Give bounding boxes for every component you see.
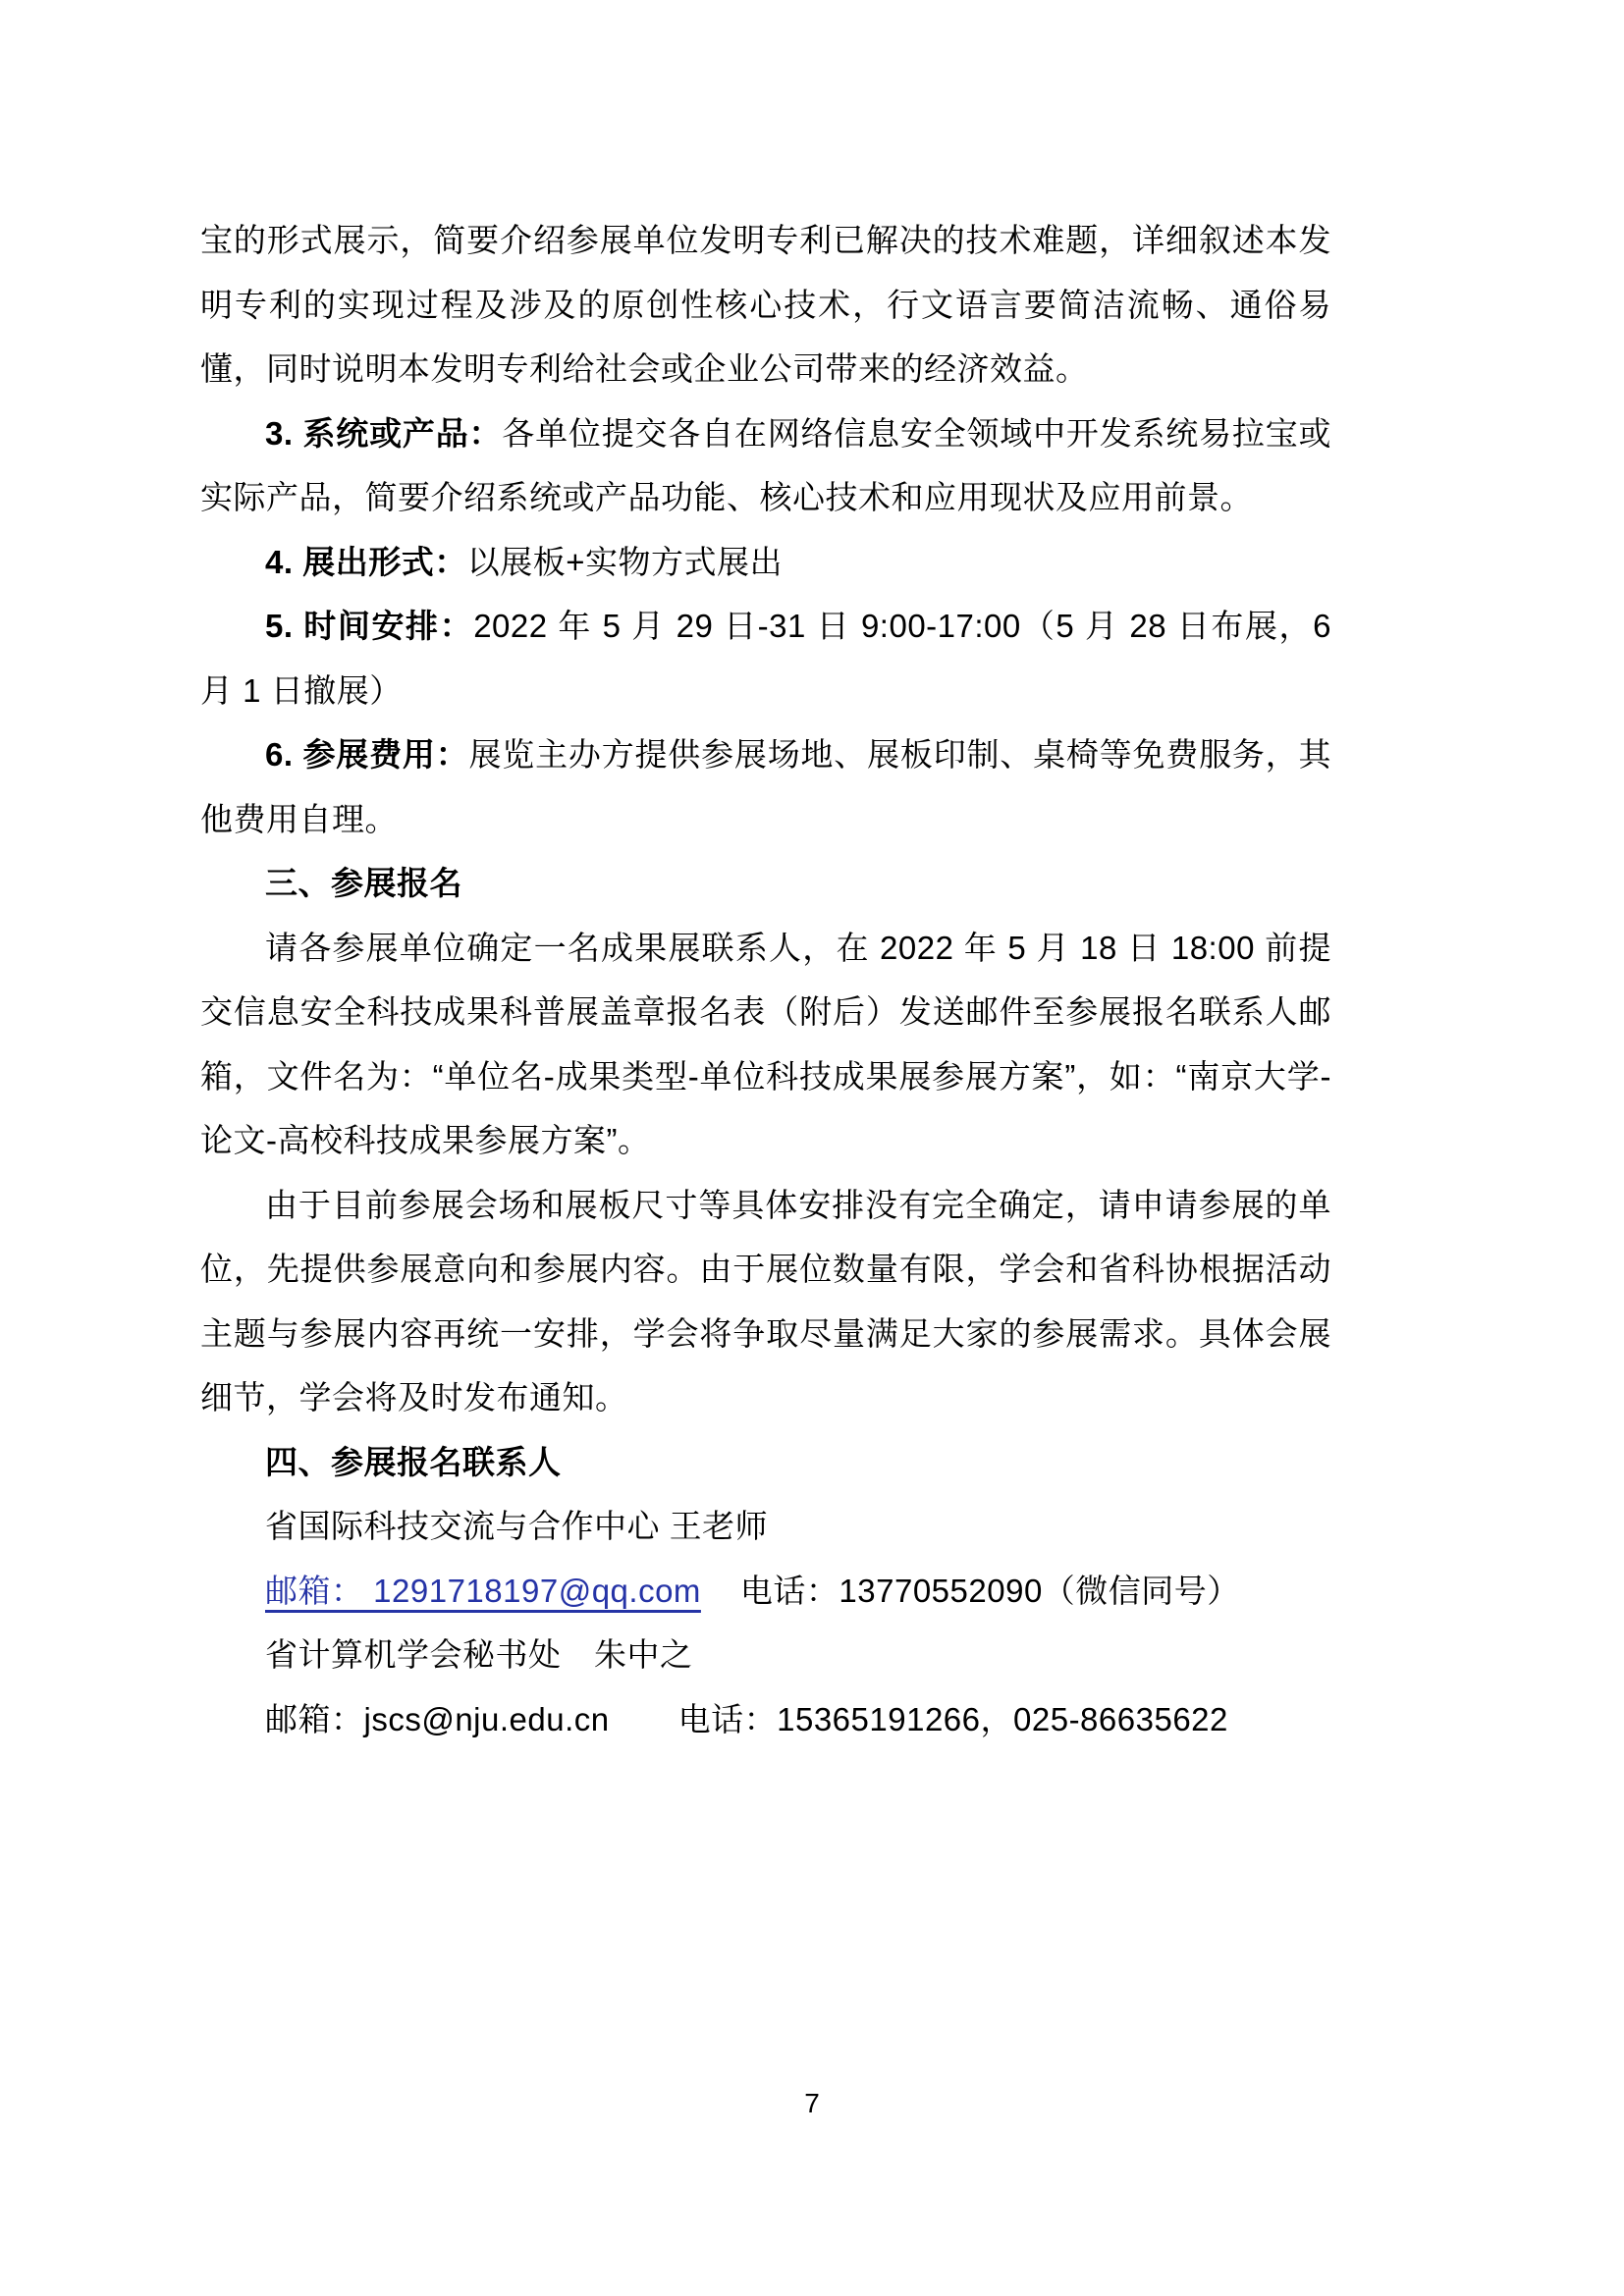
contact-1-details: 邮箱： 1291718197@qq.com电话：13770552090（微信同号… <box>200 1559 1331 1624</box>
document-page: 宝的形式展示，简要介绍参展单位发明专利已解决的技术难题，详细叙述本发明专利的实现… <box>0 0 1624 2296</box>
paragraph-item-3-system-or-product: 3. 系统或产品：各单位提交各自在网络信息安全领域中开发系统易拉宝或实际产品，简… <box>200 401 1331 530</box>
item-6-label: 6. 参展费用： <box>265 736 469 773</box>
paragraph-item-4-exhibit-format: 4. 展出形式：以展板+实物方式展出 <box>200 530 1331 595</box>
contact-1-email-link[interactable]: 邮箱： 1291718197@qq.com <box>265 1573 701 1609</box>
section-4-heading: 四、参展报名联系人 <box>200 1430 1331 1495</box>
contact-2-org-person: 省计算机学会秘书处 朱中之 <box>200 1623 1331 1687</box>
paragraph-item-6-exhibit-fee: 6. 参展费用：展览主办方提供参展场地、展板印制、桌椅等免费服务，其他费用自理。 <box>200 722 1331 851</box>
contact-1-org-person: 省国际科技交流与合作中心 王老师 <box>200 1494 1331 1559</box>
contact-1-org-person-text: 省国际科技交流与合作中心 王老师 <box>265 1508 768 1544</box>
page-number: 7 <box>804 2088 820 2118</box>
item-4-label: 4. 展出形式： <box>265 544 467 580</box>
contact-1-phone: 电话：13770552090（微信同号） <box>740 1573 1240 1609</box>
paragraph-item-5-schedule: 5. 时间安排：2022 年 5 月 29 日-31 日 9:00-17:00（… <box>200 594 1331 722</box>
paragraph-arrangement-text: 由于目前参展会场和展板尺寸等具体安排没有完全确定，请申请参展的单位，先提供参展意… <box>200 1187 1331 1416</box>
contact-2-email: 邮箱：jscs@nju.edu.cn <box>265 1701 610 1737</box>
item-4-text: 以展板+实物方式展出 <box>467 544 783 580</box>
section-4-heading-text: 四、参展报名联系人 <box>265 1444 562 1480</box>
paragraph-patent-continuation: 宝的形式展示，简要介绍参展单位发明专利已解决的技术难题，详细叙述本发明专利的实现… <box>200 208 1331 401</box>
paragraph-registration-text: 请各参展单位确定一名成果展联系人，在 2022 年 5 月 18 日 18:00… <box>200 930 1331 1159</box>
paragraph-patent-continuation-text: 宝的形式展示，简要介绍参展单位发明专利已解决的技术难题，详细叙述本发明专利的实现… <box>200 222 1331 387</box>
contact-2-org-person-text: 省计算机学会秘书处 朱中之 <box>265 1636 693 1673</box>
contact-2-phone: 电话：15365191266，025-86635622 <box>678 1701 1228 1737</box>
section-3-heading: 三、参展报名 <box>200 851 1331 916</box>
item-3-label: 3. 系统或产品： <box>265 415 502 452</box>
contact-2-details: 邮箱：jscs@nju.edu.cn电话：15365191266，025-866… <box>200 1687 1331 1752</box>
page-footer: 7 <box>0 2087 1624 2120</box>
paragraph-registration: 请各参展单位确定一名成果展联系人，在 2022 年 5 月 18 日 18:00… <box>200 916 1331 1173</box>
paragraph-arrangement: 由于目前参展会场和展板尺寸等具体安排没有完全确定，请申请参展的单位，先提供参展意… <box>200 1173 1331 1430</box>
document-body: 宝的形式展示，简要介绍参展单位发明专利已解决的技术难题，详细叙述本发明专利的实现… <box>200 208 1331 1751</box>
item-5-label: 5. 时间安排： <box>265 608 473 644</box>
section-3-heading-text: 三、参展报名 <box>265 865 462 901</box>
